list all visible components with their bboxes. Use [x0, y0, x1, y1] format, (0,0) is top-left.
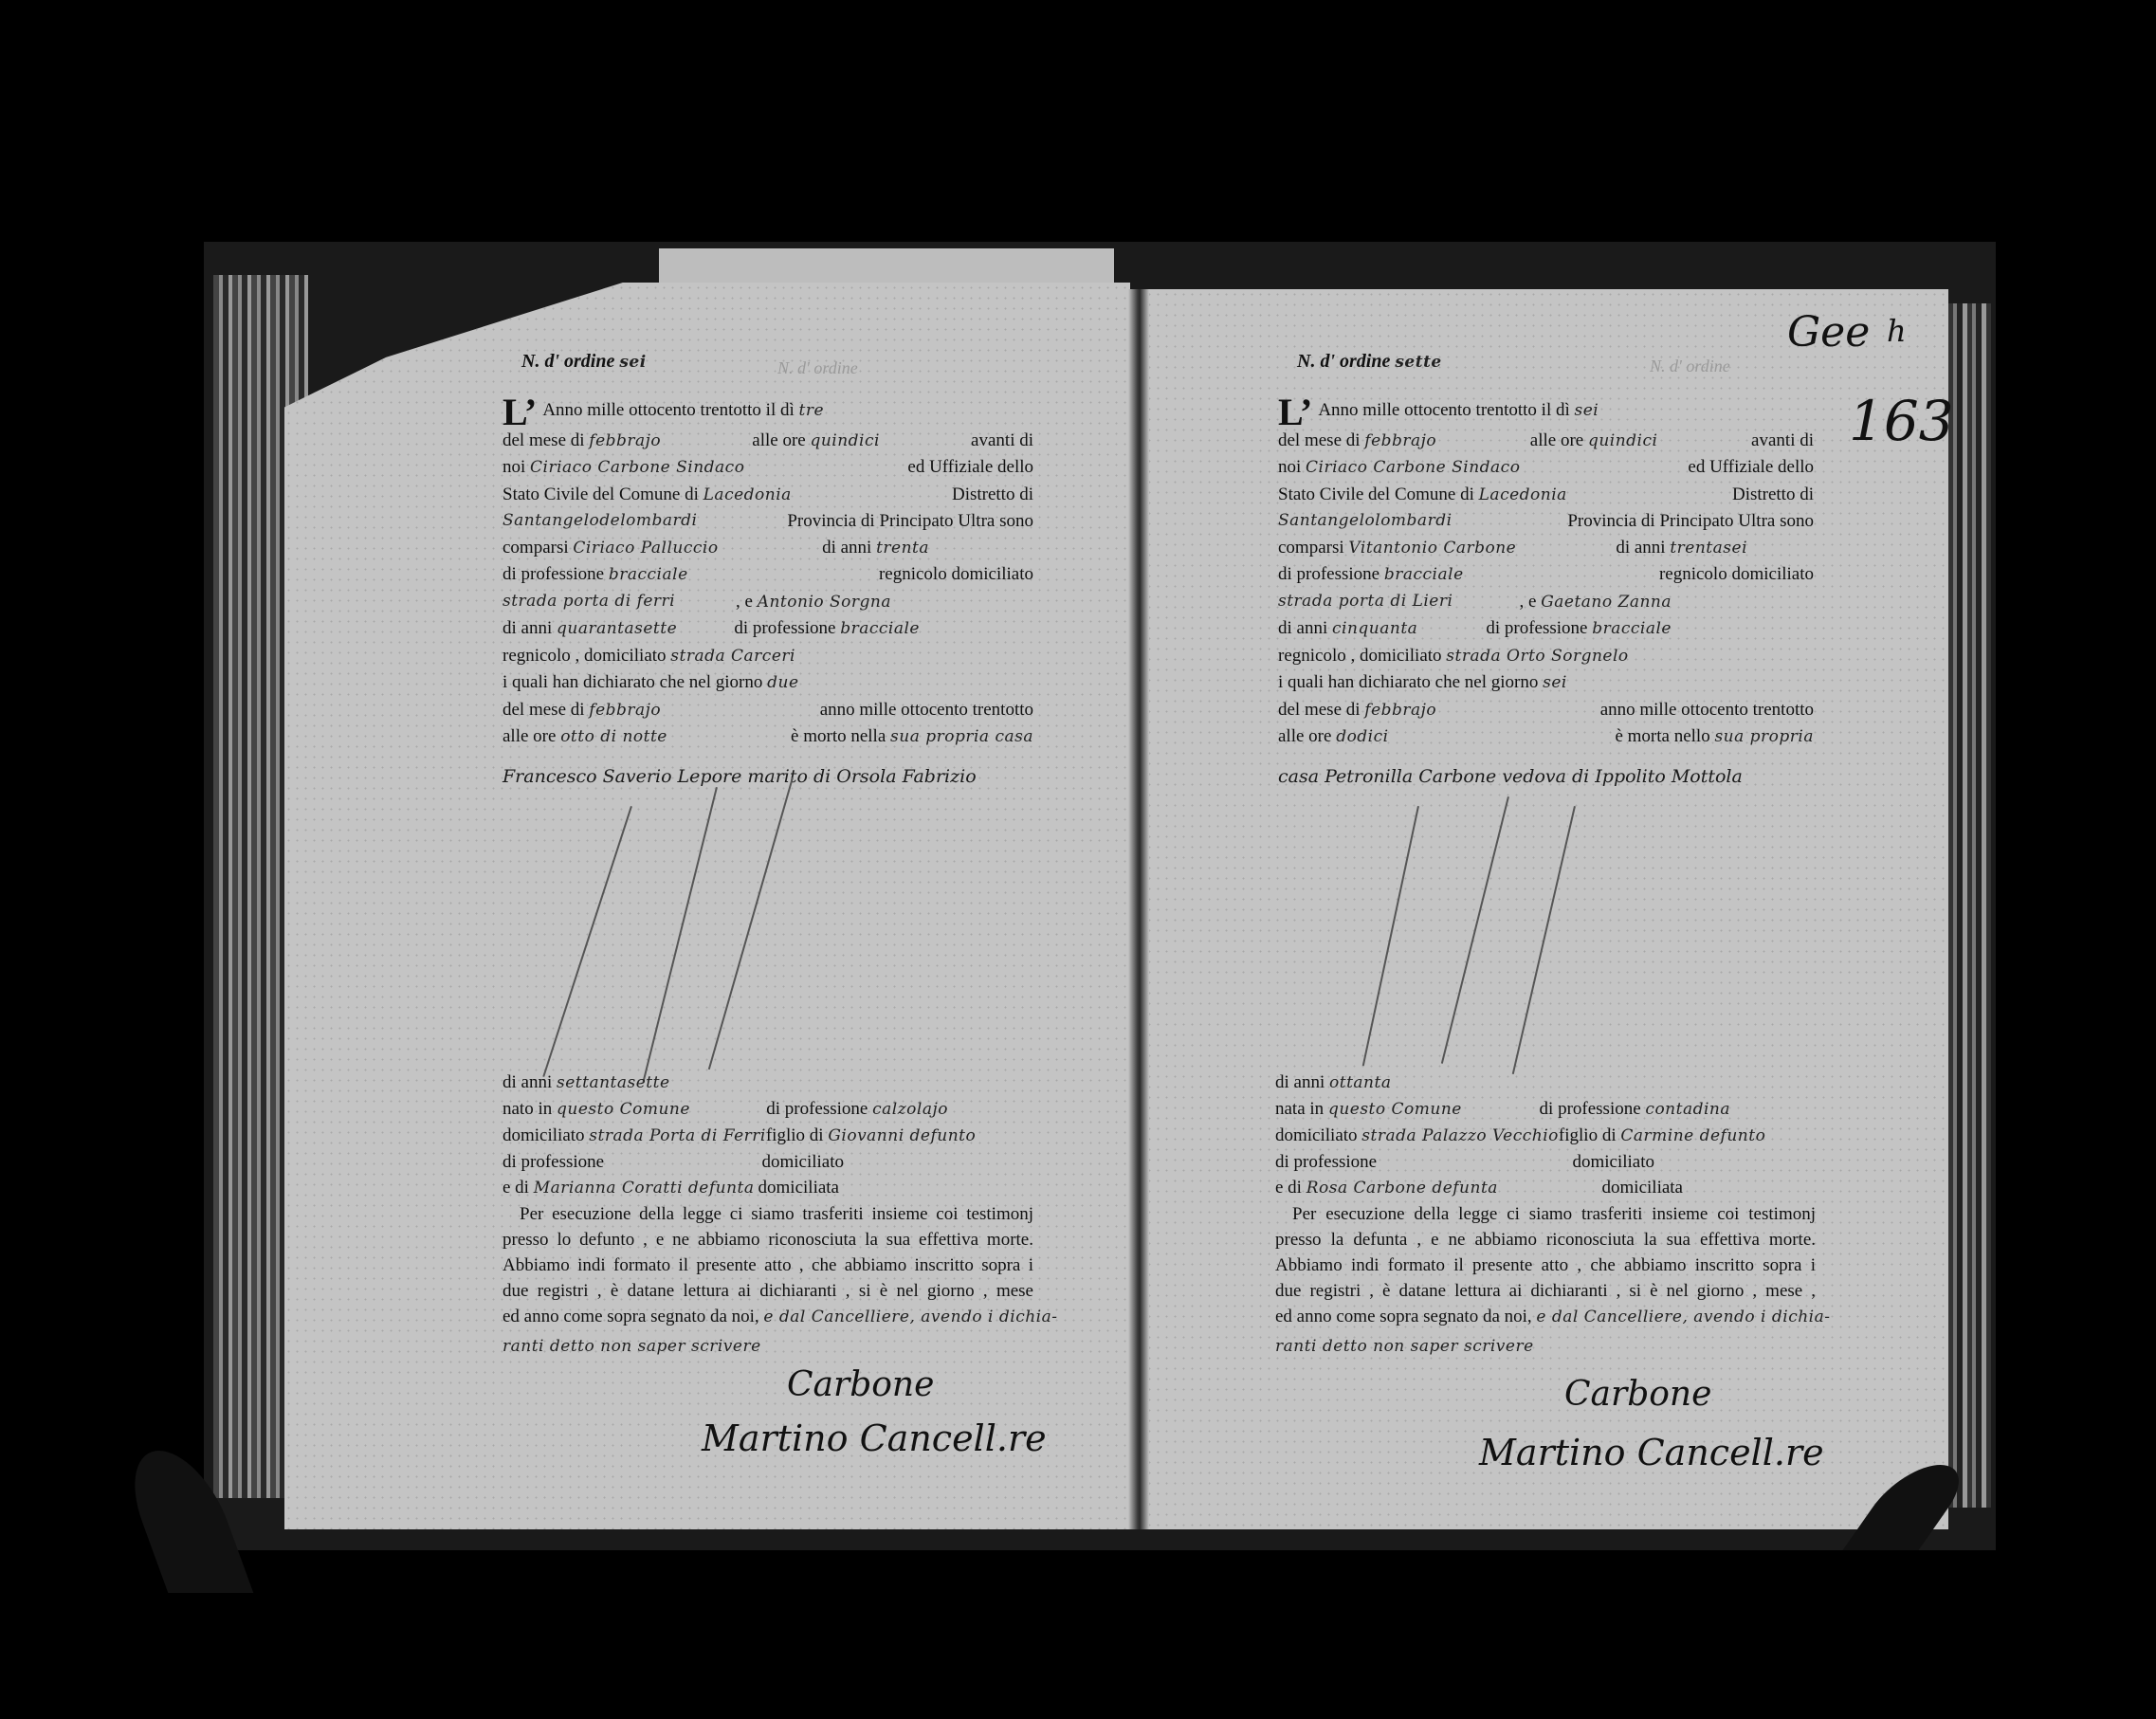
- record-line: Stato Civile del Comune di Lacedonia Dis…: [502, 482, 1033, 509]
- record-line: strada porta di ferri , e Antonio Sorgna: [502, 589, 1033, 616]
- margin-mark: h: [1887, 313, 1907, 349]
- signature-mayor-left: Carbone: [787, 1365, 934, 1404]
- order-number: N. d' ordine sette: [1297, 349, 1814, 376]
- record-details-left: di anni settantasette nato in questo Com…: [502, 1070, 1033, 1360]
- deceased-name: Francesco Saverio Lepore marito di Orsol…: [502, 764, 1033, 791]
- record-details-right: di anni ottanta nata in questo Comunedi …: [1275, 1070, 1816, 1360]
- folio-number: 163: [1849, 389, 1954, 453]
- margin-annotation: Gee: [1787, 308, 1870, 357]
- inserted-slip: [659, 248, 1114, 286]
- drop-cap: L’: [1278, 397, 1312, 428]
- order-number-value: sette: [1395, 353, 1441, 372]
- record-line: del mese di febbrajo alle ore quindici a…: [502, 428, 1033, 455]
- record-line: comparsi Ciriaco Palluccio di anni trent…: [502, 535, 1033, 562]
- record-line: di anni cinquanta di professione braccia…: [1278, 615, 1814, 643]
- record-line: i quali han dichiarato che nel giorno du…: [502, 669, 1033, 697]
- page-edges-right: [1944, 303, 1991, 1508]
- death-record-right: N. d' ordine sette L’Anno mille ottocent…: [1278, 349, 1814, 790]
- signature-chancellor-right: Martino Cancell.re: [1479, 1432, 1824, 1473]
- record-line: di professione bracciale regnicolo domic…: [502, 561, 1033, 589]
- record-line: del mese di febbrajo anno mille ottocent…: [502, 697, 1033, 724]
- record-line: L’Anno mille ottocento trentotto il dì t…: [502, 397, 1033, 428]
- record-line: di anni quarantasette di professione bra…: [502, 615, 1033, 643]
- record-line: L’Anno mille ottocento trentotto il dì s…: [1278, 397, 1814, 428]
- book-gutter: [1128, 289, 1149, 1529]
- record-line: alle ore dodici è morta nello sua propri…: [1278, 723, 1814, 751]
- record-line: del mese di febbrajo anno mille ottocent…: [1278, 697, 1814, 724]
- record-line: alle ore otto di notte è morto nella sua…: [502, 723, 1033, 751]
- record-line: regnicolo , domiciliato strada Carceri: [502, 643, 1033, 670]
- order-number-value: sei: [619, 353, 646, 372]
- record-line: regnicolo , domiciliato strada Orto Sorg…: [1278, 643, 1814, 670]
- signature-mayor-right: Carbone: [1564, 1375, 1711, 1414]
- signature-chancellor-left: Martino Cancell.re: [702, 1417, 1047, 1459]
- record-line: Santangelodelombardi Provincia di Princi…: [502, 508, 1033, 535]
- drop-cap: L’: [502, 397, 537, 428]
- death-record-left: N. d' ordine sei L’Anno mille ottocento …: [502, 349, 1033, 790]
- record-line: noi Ciriaco Carbone Sindaco ed Uffiziale…: [502, 454, 1033, 482]
- deceased-name: casa Petronilla Carbone vedova di Ippoli…: [1278, 764, 1814, 791]
- order-number: N. d' ordine sei: [521, 349, 1033, 376]
- record-line: Santangelolombardi Provincia di Principa…: [1278, 508, 1814, 535]
- record-line: Stato Civile del Comune di Lacedonia Dis…: [1278, 482, 1814, 509]
- record-line: strada porta di Lieri , e Gaetano Zanna: [1278, 589, 1814, 616]
- record-line: del mese di febbrajo alle ore quindici a…: [1278, 428, 1814, 455]
- record-line: noi Ciriaco Carbone Sindaco ed Uffiziale…: [1278, 454, 1814, 482]
- record-line: di professione bracciale regnicolo domic…: [1278, 561, 1814, 589]
- record-line: i quali han dichiarato che nel giorno se…: [1278, 669, 1814, 697]
- record-line: comparsi Vitantonio Carbone di anni tren…: [1278, 535, 1814, 562]
